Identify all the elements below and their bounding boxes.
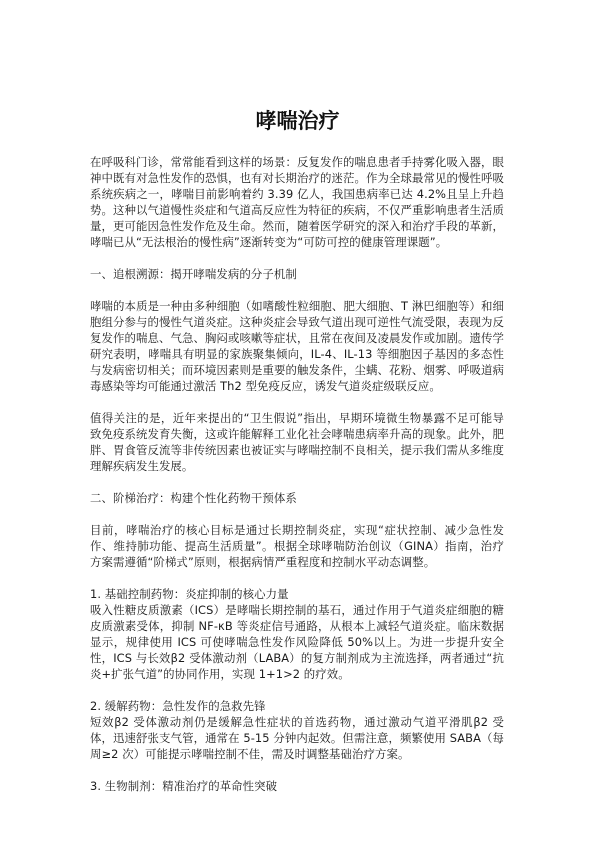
section-1-paragraph-1: 哮喘的本质是一种由多种细胞（如嗜酸性粒细胞、肥大细胞、T 淋巴细胞等）和细胞组分… <box>90 298 504 394</box>
document-body: 在呼吸科门诊，常常能看到这样的场景：反复发作的喘息患者手持雾化吸入器，眼神中既有… <box>90 154 504 794</box>
subsection-1-text: 吸入性糖皮质激素（ICS）是哮喘长期控制的基石，通过作用于气道炎症细胞的糖皮质激… <box>90 602 504 682</box>
intro-paragraph: 在呼吸科门诊，常常能看到这样的场景：反复发作的喘息患者手持雾化吸入器，眼神中既有… <box>90 154 504 250</box>
subsection-1-heading: 1. 基础控制药物：炎症抑制的核心力量 <box>90 586 504 602</box>
section-2-paragraph-1: 目前，哮喘治疗的核心目标是通过长期控制炎症，实现“症状控制、减少急性发作、维持肺… <box>90 522 504 570</box>
subsection-3-heading: 3. 生物制剂：精准治疗的革命性突破 <box>90 778 504 794</box>
section-2-heading: 二、阶梯治疗：构建个性化药物干预体系 <box>90 490 504 506</box>
subsection-2-heading: 2. 缓解药物：急性发作的急救先锋 <box>90 698 504 714</box>
section-1-heading: 一、追根溯源：揭开哮喘发病的分子机制 <box>90 266 504 282</box>
subsection-2-text: 短效β2 受体激动剂仍是缓解急性症状的首选药物，通过激动气道平滑肌β2 受体，迅… <box>90 714 504 762</box>
document-title: 哮喘治疗 <box>0 107 595 135</box>
section-1-paragraph-2: 值得关注的是，近年来提出的“卫生假说”指出，早期环境微生物暴露不足可能导致免疫系… <box>90 410 504 474</box>
